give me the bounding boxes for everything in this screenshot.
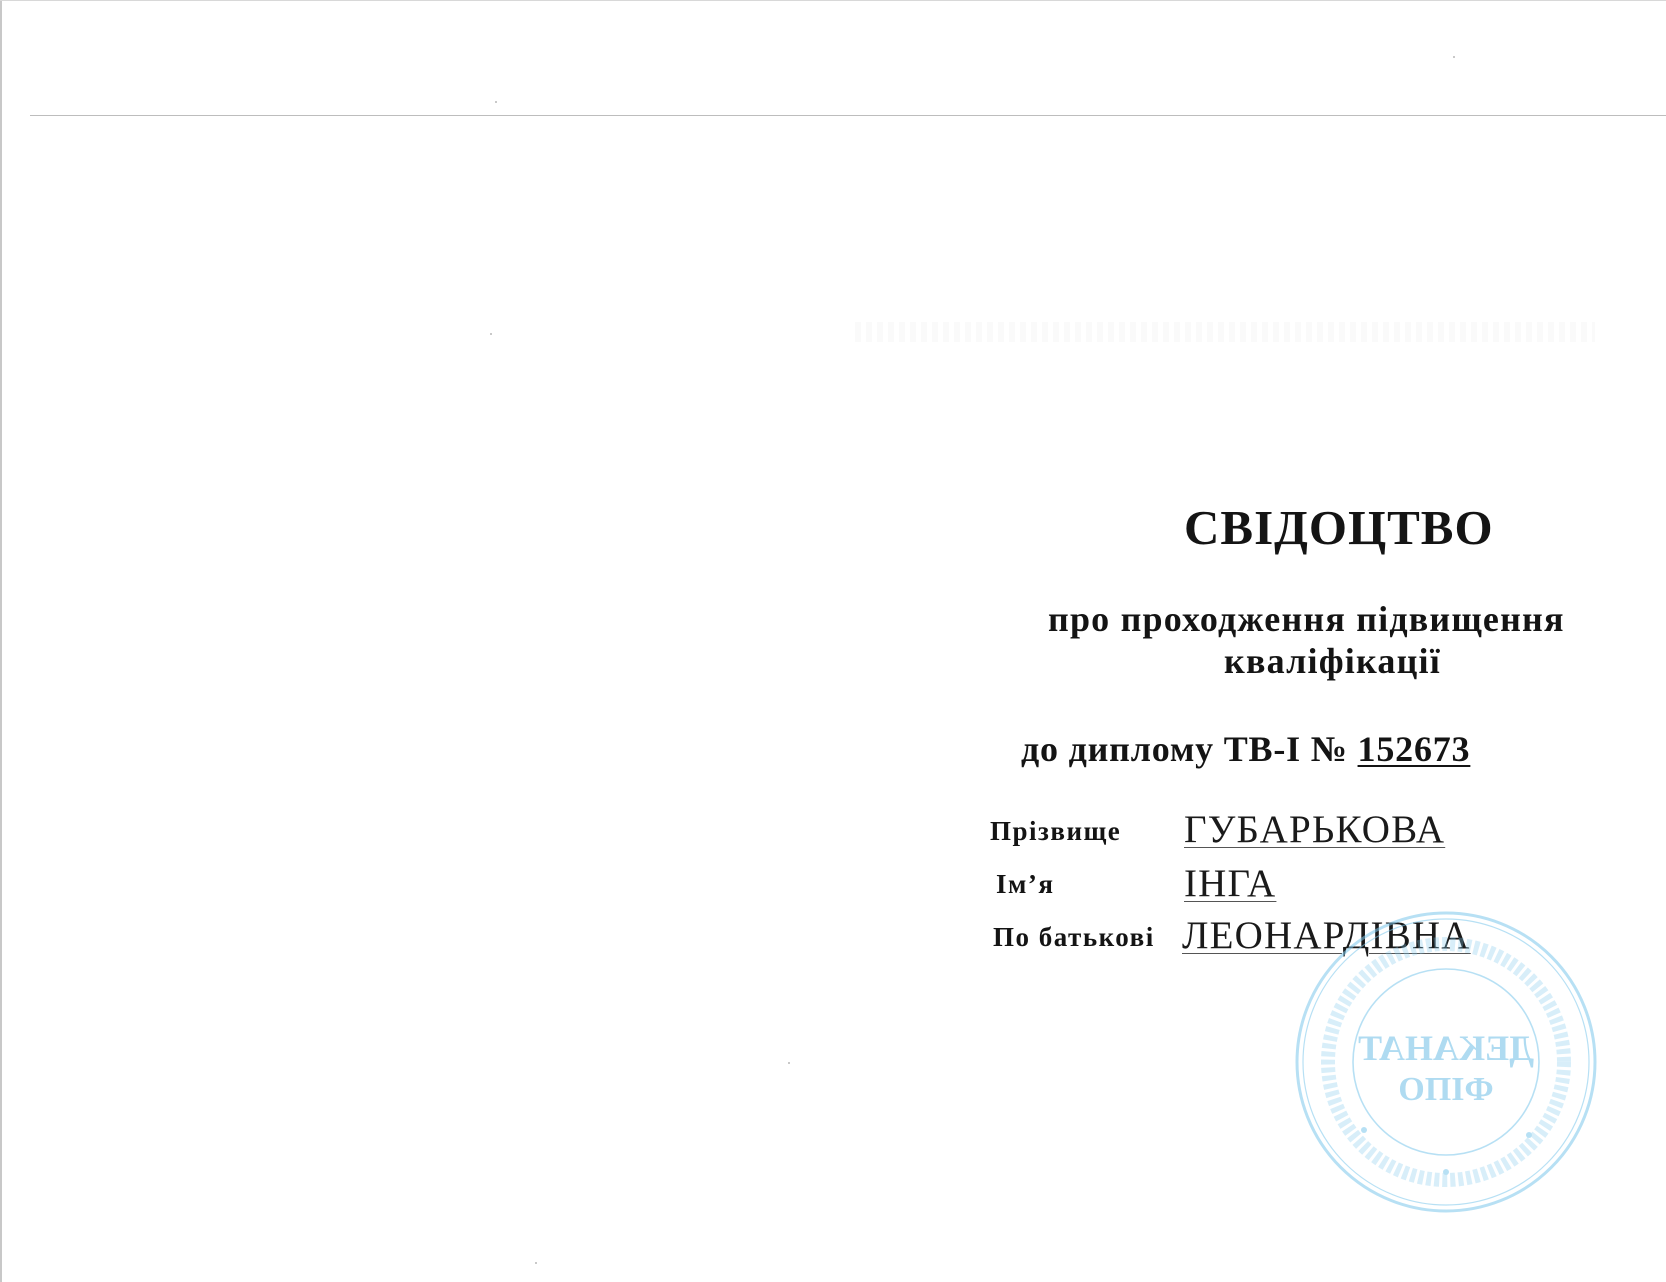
document-subtitle-line2: кваліфікації xyxy=(1224,643,1441,679)
patronymic-label: По батькові xyxy=(993,924,1155,951)
diploma-number: 152673 xyxy=(1358,729,1471,769)
speck xyxy=(1453,56,1455,58)
stamp-dot xyxy=(1361,1127,1367,1133)
surname-value: ГУБАРЬКОВА xyxy=(1184,810,1445,849)
stamp-dot xyxy=(1443,1169,1449,1175)
document-title: СВІДОЦТВО xyxy=(1184,503,1494,552)
stamp-dot xyxy=(1526,1132,1532,1138)
stamp-center-line2: ФІПО xyxy=(1398,1071,1493,1108)
speck xyxy=(495,101,497,103)
diploma-reference: до диплому ТВ-І № 152673 xyxy=(1021,731,1470,767)
speck xyxy=(490,333,492,335)
scan-left-edge xyxy=(0,0,2,1282)
speck xyxy=(535,1262,537,1264)
diploma-prefix: до диплому ТВ-І № xyxy=(1021,729,1358,769)
name-value: ІНГА xyxy=(1184,864,1276,903)
surname-label: Прізвище xyxy=(990,818,1121,845)
speck xyxy=(788,1062,790,1064)
bleed-through-text xyxy=(855,322,1595,342)
fold-line xyxy=(30,115,1666,116)
stamp-seal: ДЕКАНАТ ФІПО xyxy=(1294,910,1598,1214)
document-subtitle-line1: про проходження підвищення xyxy=(1048,601,1565,637)
scan-top-edge xyxy=(0,0,1666,1)
name-label: Ім’я xyxy=(996,871,1055,898)
stamp-center-line1: ДЕКАНАТ xyxy=(1358,1028,1534,1068)
